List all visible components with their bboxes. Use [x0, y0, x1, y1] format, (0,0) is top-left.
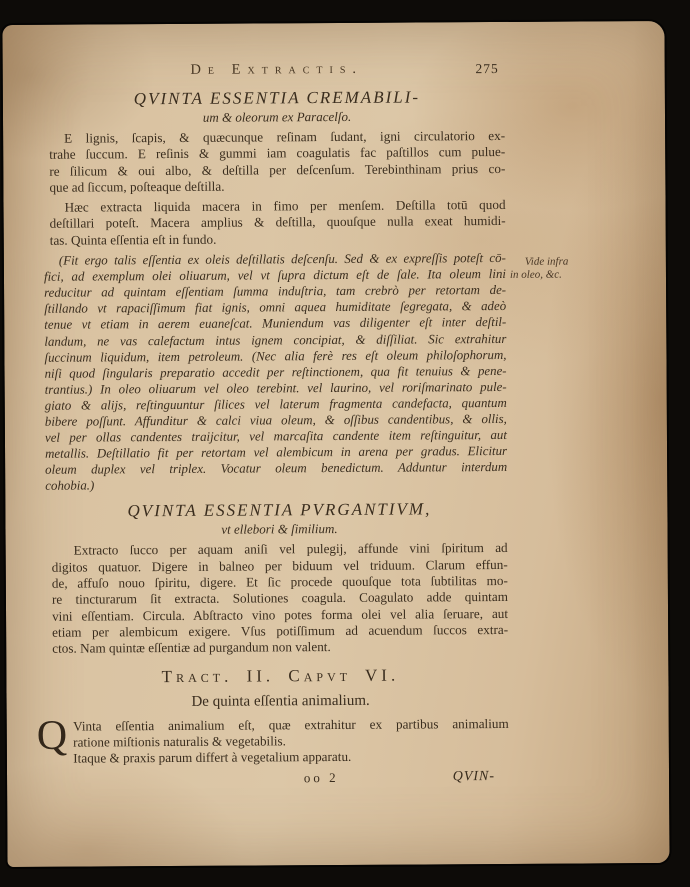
paragraph-lignis: E lignis, ſcapis, & quæcunque reſinam ſu… [49, 128, 505, 196]
text-line: tas. Quinta eſſentia eſt in fundo. [50, 230, 506, 249]
scanned-book-page-background: { "colors": { "background": "#0d0b08", "… [0, 0, 690, 887]
margin-note: Vide infrain oleo, &c. [510, 256, 576, 282]
book-page: De Extractis. 275 QVINTA ESSENTIA CREMAB… [2, 21, 669, 867]
gathering-signature: oo 2 [304, 770, 339, 786]
text-line: Vide infra [510, 256, 576, 269]
page-number: 275 [475, 61, 498, 77]
paragraph-animalium: Q Vinta eſſentia animalium eſt, quæ extr… [53, 716, 509, 768]
section-title-purgantium: QVINTA ESSENTIA PVRGANTIVM, [51, 499, 507, 522]
text-line: ctos. Nam quintæ eſſentiæ ad purgandum n… [52, 638, 508, 657]
chapter-heading: Tract. II. Capvt VI. [52, 665, 508, 688]
section-title-cremabilium: QVINTA ESSENTIA CREMABILI- [49, 87, 505, 110]
text-line: Vinta eſſentia animalium eſt, quæ extrah… [53, 716, 509, 735]
italic-commentary-block: (Fit ergo talis eſſentia ex oleis deſtil… [44, 250, 507, 494]
text-line: cohobia.) [45, 475, 507, 494]
catchword: QVIN- [453, 769, 495, 785]
text-line: Itaque & praxis parum differt à vegetali… [53, 748, 509, 767]
animalium-lines: Vinta eſſentia animalium eſt, quæ extrah… [53, 716, 509, 768]
text-line: in oleo, &c. [510, 269, 576, 282]
text-line: re ſilicum & oui albo, & deſtilla per de… [49, 161, 505, 180]
page-content: De Extractis. 275 QVINTA ESSENTIA CREMAB… [49, 60, 509, 792]
drop-cap-Q: Q [37, 719, 68, 751]
section-subtitle-purgantium: vt ellebori & ſimilium. [51, 520, 507, 539]
text-line: etiam per alembicum exigere. Vſus potiſſ… [52, 622, 508, 641]
text-line: deſtillari poteſt. Macera amplius & deſt… [50, 213, 506, 232]
text-line: que ad ſiccum, poſteaque deſtilla. [49, 177, 505, 196]
text-line: oleum duplex vel triplex. Vocatur oleum … [45, 459, 507, 478]
paragraph-extracta: Hæc extracta liquida macera in fimo per … [50, 197, 506, 249]
section-subtitle-cremabilium: um & oleorum ex Paracelſo. [49, 108, 505, 127]
page-header: De Extractis. 275 [49, 60, 505, 81]
page-footer: oo 2 QVIN- [53, 769, 509, 792]
running-title: De Extractis. [49, 60, 505, 80]
paragraph-extracto: Extracto ſucco per aquam aniſi vel puleg… [52, 540, 509, 657]
chapter-subheading: De quinta eſſentia animalium. [53, 692, 509, 712]
italic-commentary-lines: (Fit ergo talis eſſentia ex oleis deſtil… [44, 250, 507, 494]
